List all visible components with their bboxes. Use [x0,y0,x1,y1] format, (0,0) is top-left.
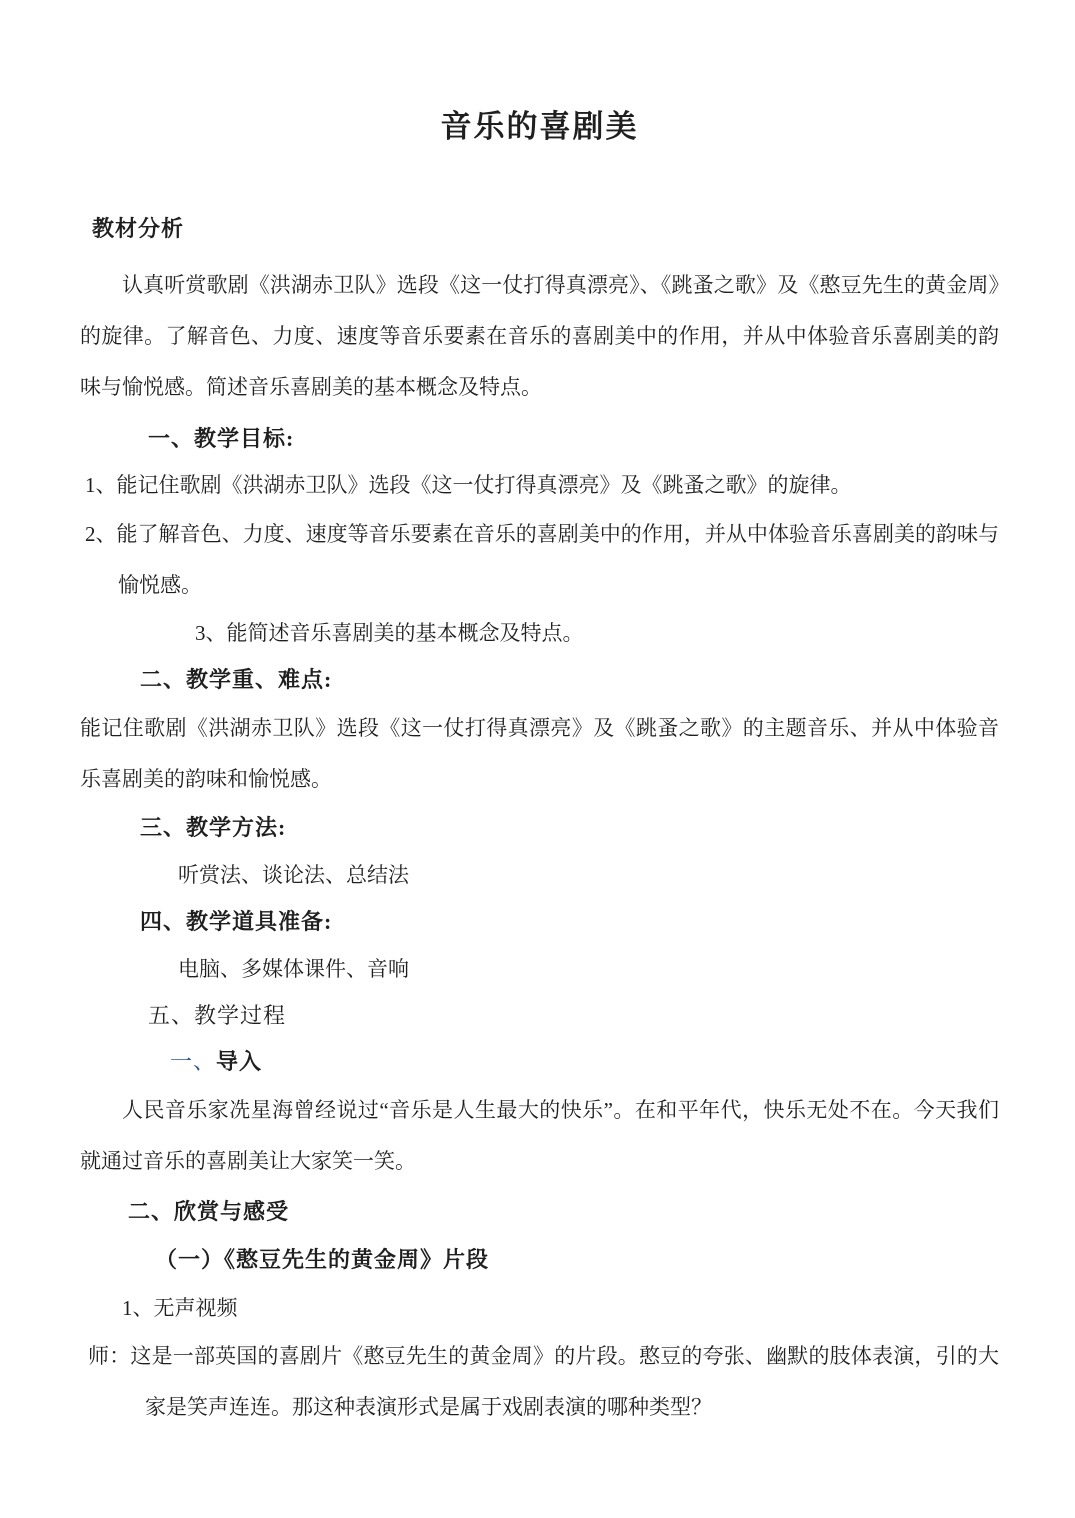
heading-key-points: 二、教学重、难点: [140,657,999,703]
heading-appreciation: 二、欣赏与感受 [128,1189,999,1235]
para-methods: 听赏法、谈论法、总结法 [178,851,999,899]
heading-tools: 四、教学道具准备: [140,899,999,945]
heading-objectives: 一、教学目标: [148,417,999,461]
doc-title: 音乐的喜剧美 [80,104,999,150]
para-material-analysis: 认真听赏歌剧《洪湖赤卫队》选段《这一仗打得真漂亮》、《跳蚤之歌》及《憨豆先生的黄… [80,260,999,413]
heading-material-analysis: 教材分析 [92,208,999,250]
objective-item-1: 1、能记住歌剧《洪湖赤卫队》选段《这一仗打得真漂亮》及《跳蚤之歌》的旋律。 [85,461,999,509]
intro-label: 导入 [216,1049,262,1074]
document-page: 音乐的喜剧美 教材分析 认真听赏歌剧《洪湖赤卫队》选段《这一仗打得真漂亮》、《跳… [0,0,1075,1518]
objective-item-3: 3、能简述音乐喜剧美的基本概念及特点。 [195,611,999,655]
para-key-points: 能记住歌剧《洪湖赤卫队》选段《这一仗打得真漂亮》及《跳蚤之歌》的主题音乐、并从中… [80,703,999,805]
heading-intro: 一、导入 [170,1039,999,1085]
intro-numeral: 一、 [170,1049,216,1074]
item-silent-video: 1、无声视频 [122,1285,999,1331]
heading-process: 五、教学过程 [148,993,999,1039]
para-tools: 电脑、多媒体课件、音响 [178,945,999,993]
heading-methods: 三、教学方法: [140,805,999,851]
heading-bean-clip: （一）《憨豆先生的黄金周》片段 [155,1235,999,1285]
para-teacher-line: 师：这是一部英国的喜剧片《憨豆先生的黄金周》的片段。憨豆的夸张、幽默的肢体表演，… [88,1331,999,1433]
para-intro: 人民音乐家冼星海曾经说过“音乐是人生最大的快乐”。在和平年代，快乐无处不在。今天… [80,1085,999,1187]
objective-item-2: 2、能了解音色、力度、速度等音乐要素在音乐的喜剧美中的作用，并从中体验音乐喜剧美… [85,509,999,611]
